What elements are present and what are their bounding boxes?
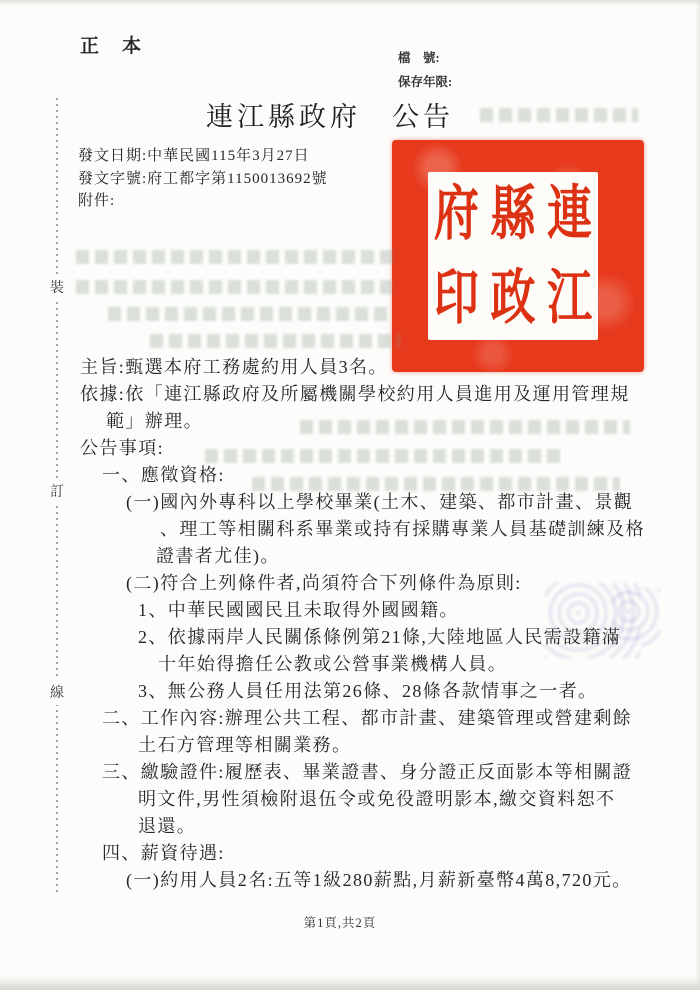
body-line: 主旨:甄選本府工務處約用人員3名。 <box>80 354 655 381</box>
bleedthrough-ghost <box>76 250 398 264</box>
seal-character: 政 <box>485 243 542 354</box>
body-line: 三、繳驗證件:履歷表、畢業證書、身分證正反面影本等相關證 <box>80 759 655 786</box>
meta-block: 發文日期:中華民國115年3月27日 發文字號:府工都字第1150013692號… <box>78 145 328 213</box>
attachment-label: 附件: <box>78 190 328 213</box>
body-line: 1、中華民國國民且未取得外國國籍。 <box>80 597 655 624</box>
body-line: 、理工等相關科系畢業或持有採購專業人員基礎訓練及格 <box>80 516 655 543</box>
body-line: (二)符合上列條件者,尚須符合下列條件為原則: <box>80 570 655 597</box>
body-line: 2、依據兩岸人民關係條例第21條,大陸地區人民需設籍滿 <box>80 624 655 651</box>
binding-mark-ding: 訂 <box>48 478 66 504</box>
announcement-body: 主旨:甄選本府工務處約用人員3名。 依據:依「連江縣政府及所屬機關學校約用人員進… <box>80 354 655 894</box>
bleedthrough-ghost <box>76 280 392 294</box>
body-line: 範」辦理。 <box>80 408 655 435</box>
official-seal-face: 連 江 縣 政 府 印 <box>428 172 598 340</box>
body-line: (一)國內外專科以上學校畢業(土木、建築、都市計畫、景觀 <box>80 489 655 516</box>
body-line: 明文件,男性須檢附退伍令或免役證明影本,繳交資料恕不 <box>80 786 655 813</box>
bleedthrough-ghost <box>150 334 400 348</box>
body-line: (一)約用人員2名:五等1級280薪點,月薪新臺幣4萬8,720元。 <box>80 867 655 894</box>
binding-mark-xian: 線 <box>48 679 66 705</box>
file-info-block: 檔 號: 保存年限: <box>398 46 452 94</box>
scan-edge-top <box>0 0 700 6</box>
body-line: 證書者尤佳)。 <box>80 543 655 570</box>
seal-character: 江 <box>541 243 598 354</box>
document-page: 正 本 檔 號: 保存年限: 連江縣政府 公告 發文日期:中華民國115年3月2… <box>0 0 700 990</box>
scan-edge-bottom <box>0 976 700 990</box>
bleedthrough-ghost <box>108 307 392 321</box>
seal-character: 印 <box>428 243 485 354</box>
body-line: 公告事項: <box>80 435 655 462</box>
copy-type-label: 正 本 <box>80 31 143 58</box>
body-line: 四、薪資待遇: <box>80 840 655 867</box>
binding-mark-zhuang: 裝 <box>48 274 66 300</box>
body-line: 退還。 <box>80 813 655 840</box>
issue-number: 發文字號:府工都字第1150013692號 <box>78 168 328 191</box>
body-line: 二、工作內容:辦理公共工程、都市計畫、建築管理或營建剩餘 <box>80 705 655 732</box>
retention-period-label: 保存年限: <box>398 70 452 94</box>
body-line: 一、應徵資格: <box>80 462 655 489</box>
scan-edge-right <box>695 0 700 990</box>
body-line: 十年始得擔任公教或公營事業機構人員。 <box>80 651 655 678</box>
page-number: 第1頁,共2頁 <box>0 913 680 931</box>
file-number-label: 檔 號: <box>398 46 452 70</box>
body-line: 3、無公務人員任用法第26條、28條各款情事之一者。 <box>80 678 655 705</box>
bleedthrough-ghost <box>480 108 638 122</box>
body-line: 依據:依「連江縣政府及所屬機關學校約用人員進用及運用管理規 <box>80 381 655 408</box>
issue-date: 發文日期:中華民國115年3月27日 <box>78 145 328 168</box>
official-seal: 連 江 縣 政 府 印 <box>392 140 644 372</box>
body-line: 土石方管理等相關業務。 <box>80 732 655 759</box>
